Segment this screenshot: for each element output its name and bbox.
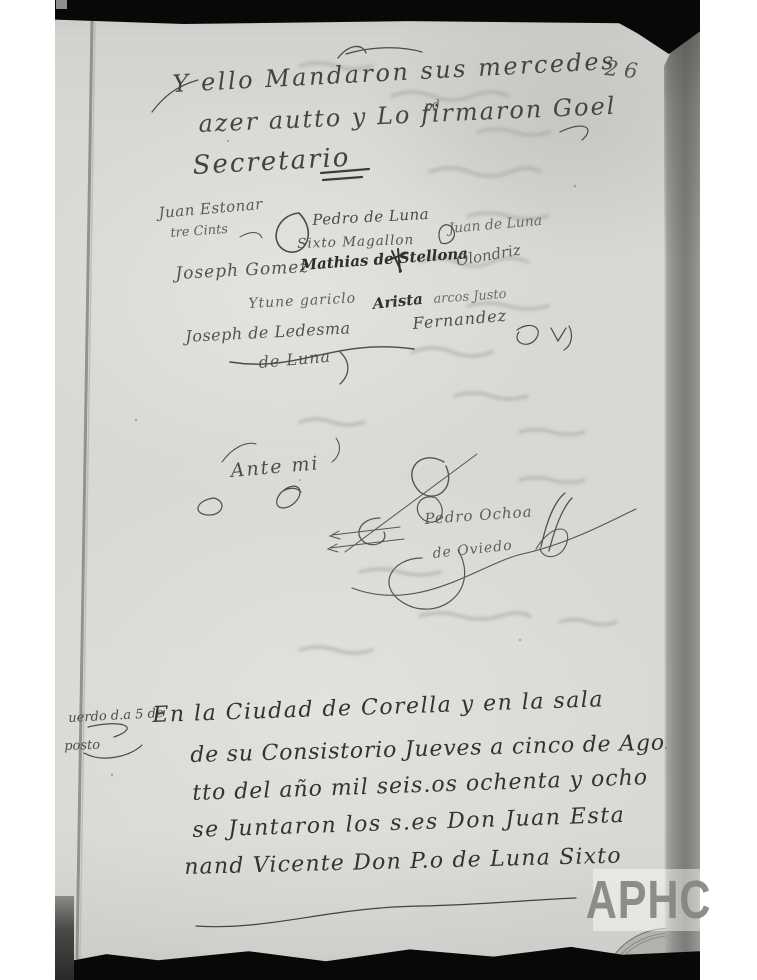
manuscript-photo: 26 Y ello Mandaron sus mercedes pd azer … bbox=[0, 0, 757, 980]
signature-rubrics bbox=[230, 213, 571, 384]
aphc-watermark: APHC bbox=[593, 869, 703, 931]
aphc-watermark-text: APHC bbox=[585, 869, 711, 931]
top-cross-mark bbox=[338, 46, 422, 58]
page-right-edge bbox=[664, 24, 700, 956]
cover-edge-bottom-left bbox=[55, 896, 74, 980]
cover-tab bbox=[56, 0, 67, 9]
photo-background-top bbox=[55, 0, 700, 24]
ink-flourishes bbox=[0, 0, 757, 980]
ante-mi-flourish bbox=[198, 438, 340, 515]
bottom-underline-flourish bbox=[196, 898, 576, 927]
margin-bracket-flourish bbox=[84, 724, 142, 758]
notary-rubric bbox=[328, 454, 636, 609]
secretario-dashes bbox=[321, 169, 369, 180]
heading-flourishes bbox=[152, 80, 588, 140]
